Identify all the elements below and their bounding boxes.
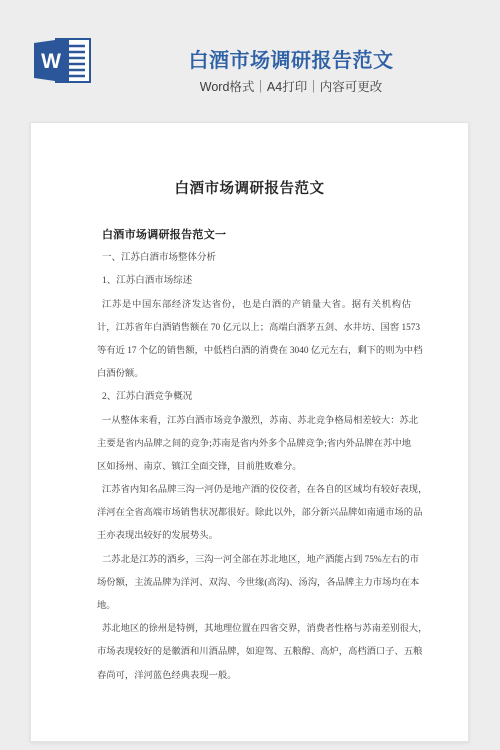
document-lines: 白酒市场调研报告范文一一、江苏白酒市场整体分析1、江苏白酒市场综述江苏是中国东部… (97, 224, 411, 688)
template-preview-page: W 白酒市场调研报告范文 Word格式｜A4打印｜内容可更改 白酒市场调研报告范… (0, 0, 500, 750)
doc-line: 二苏北是江苏的酒乡，三沟一河全部在苏北地区，地产酒能占到 75%左右的市 (97, 549, 411, 572)
doc-line: 场份额，主流品牌为洋河、双沟、今世缘(高沟)、汤沟，各品牌主力市场均在本 (97, 572, 411, 595)
doc-line: 一、江苏白酒市场整体分析 (97, 247, 411, 270)
doc-line: 2、江苏白酒竞争概况 (97, 386, 411, 409)
doc-line: 市场表现较好的是徽酒和川酒品牌，如迎驾、五粮醇、高炉，高档酒口子、五粮 (97, 641, 411, 664)
doc-line: 等有近 17 个亿的销售额，中低档白酒的消费在 3040 亿元左右，剩下的则为中… (97, 340, 411, 363)
document-page: 白酒市场调研报告范文 白酒市场调研报告范文一一、江苏白酒市场整体分析1、江苏白酒… (30, 122, 469, 742)
doc-line: 苏北地区的徐州是特例，其地理位置在四省交界，消费者性格与苏南差别很大， (97, 618, 411, 641)
doc-line: 1、江苏白酒市场综述 (97, 270, 411, 293)
doc-line: 洋河在全省高端市场销售状况都很好。除此以外，部分新兴品牌如南通市场的品 (97, 502, 411, 525)
template-title: 白酒市场调研报告范文 (92, 44, 490, 73)
doc-line: 春尚可，洋河蓝色经典表现一般。 (97, 665, 411, 688)
word-icon: W (33, 37, 93, 84)
doc-line: 计，江苏省年白酒销售额在 70 亿元以上；高端白酒茅五剑、水井坊、国窖 1573 (97, 317, 411, 340)
doc-line: 主要是省内品牌之间的竞争;苏南是省内外多个品牌竞争;省内外品牌在苏中地 (97, 433, 411, 456)
svg-text:W: W (41, 50, 61, 73)
doc-line: 江苏省内知名品牌三沟一河仍是地产酒的佼佼者，在各自的区域均有较好表现， (97, 479, 411, 502)
doc-line: 区如扬州、南京、镇江全面交锋，目前胜败难分。 (97, 456, 411, 479)
template-subtitle: Word格式｜A4打印｜内容可更改 (92, 77, 490, 95)
doc-line: 一从整体来看，江苏白酒市场竞争激烈，苏南、苏北竞争格局相差较大：苏北 (97, 410, 411, 433)
doc-line: 地。 (97, 595, 411, 618)
document-title: 白酒市场调研报告范文 (31, 177, 468, 198)
doc-line: 白酒市场调研报告范文一 (97, 224, 411, 247)
doc-line: 白酒份额。 (97, 363, 411, 386)
doc-line: 王亦表现出较好的发展势头。 (97, 525, 411, 548)
doc-line: 江苏是中国东部经济发达省份，也是白酒的产销量大省。据有关机构估 (97, 294, 411, 317)
